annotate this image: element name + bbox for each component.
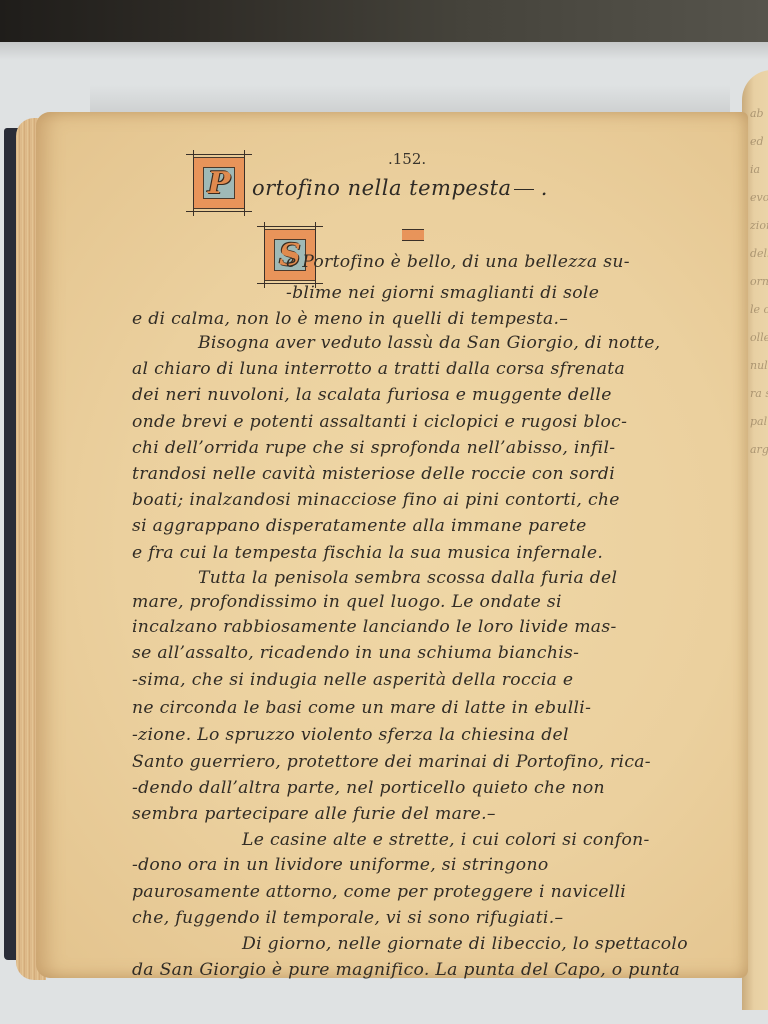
text-line: -dono ora in un lividore uniforme, si st… <box>132 855 548 875</box>
book-shadow <box>90 85 730 115</box>
page-title: ortofino nella tempesta . <box>252 176 548 200</box>
facing-page-line: nul <box>750 352 768 380</box>
title-flourish <box>514 189 534 190</box>
facing-page-line: le ori <box>750 296 768 324</box>
text-line: si aggrappano disperatamente alla immane… <box>132 516 587 536</box>
facing-page-line: zione <box>750 212 768 240</box>
text-line: Tutta la penisola sembra scossa dalla fu… <box>198 568 617 588</box>
title-text: ortofino nella tempesta <box>252 176 512 200</box>
text-line: paurosamente attorno, come per protegger… <box>132 882 626 902</box>
text-line: da San Giorgio è pure magnifico. La punt… <box>132 960 680 980</box>
text-line: se all’assalto, ricadendo in una schiuma… <box>132 643 579 663</box>
facing-page-line: ra se <box>750 380 768 408</box>
text-line: e di calma, non lo è meno in quelli di t… <box>132 309 568 329</box>
illuminated-initial-p: P <box>193 157 245 209</box>
text-line: Bisogna aver veduto lassù da San Giorgio… <box>198 333 660 353</box>
facing-page-line: arge <box>750 436 768 464</box>
text-line: ne circonda le basi come un mare di latt… <box>132 698 591 718</box>
text-line: -zione. Lo spruzzo violento sferza la ch… <box>132 725 569 745</box>
facing-page-line: ab <box>750 100 768 128</box>
facing-page-line: ornv <box>750 268 768 296</box>
decorative-ornament <box>402 229 424 241</box>
text-line: Santo guerriero, protettore dei marinai … <box>132 752 651 772</box>
page-number: .152. <box>388 150 426 168</box>
text-line: e Portofino è bello, di una bellezza su- <box>286 252 630 272</box>
text-line: boati; inalzandosi minacciose fino ai pi… <box>132 490 620 510</box>
facing-page-line: della <box>750 240 768 268</box>
text-line: e fra cui la tempesta fischia la sua mus… <box>132 543 603 563</box>
text-line: chi dell’orrida rupe che si sprofonda ne… <box>132 438 615 458</box>
text-line: -dendo dall’altra parte, nel porticello … <box>132 778 605 798</box>
text-line: al chiaro di luna interrotto a tratti da… <box>132 359 625 379</box>
facing-page-line: pal <box>750 408 768 436</box>
facing-page-text: abediaevoluzionedellaornvle oriollenulra… <box>750 100 768 464</box>
dark-background-strip <box>0 0 768 42</box>
initial-letter: P <box>203 167 235 199</box>
text-line: dei neri nuvoloni, la scalata furiosa e … <box>132 385 612 405</box>
text-line: onde brevi e potenti assaltanti i ciclop… <box>132 412 627 432</box>
facing-page-line: evolu <box>750 184 768 212</box>
text-line: Di giorno, nelle giornate di libeccio, l… <box>242 934 688 954</box>
text-line: sembra partecipare alle furie del mare.– <box>132 804 496 824</box>
text-line: incalzano rabbiosamente lanciando le lor… <box>132 617 617 637</box>
text-line: mare, profondissimo in quel luogo. Le on… <box>132 592 562 612</box>
text-line: -sima, che si indugia nelle asperità del… <box>132 670 573 690</box>
facing-page-line: ed <box>750 128 768 156</box>
facing-page-line: olle <box>750 324 768 352</box>
title-punct: . <box>541 176 548 200</box>
text-line: trandosi nelle cavità misteriose delle r… <box>132 464 615 484</box>
text-line: Le casine alte e strette, i cui colori s… <box>242 830 650 850</box>
facing-page-line: ia <box>750 156 768 184</box>
text-line: -blime nei giorni smaglianti di sole <box>286 283 599 303</box>
text-line: che, fuggendo il temporale, vi si sono r… <box>132 908 563 928</box>
